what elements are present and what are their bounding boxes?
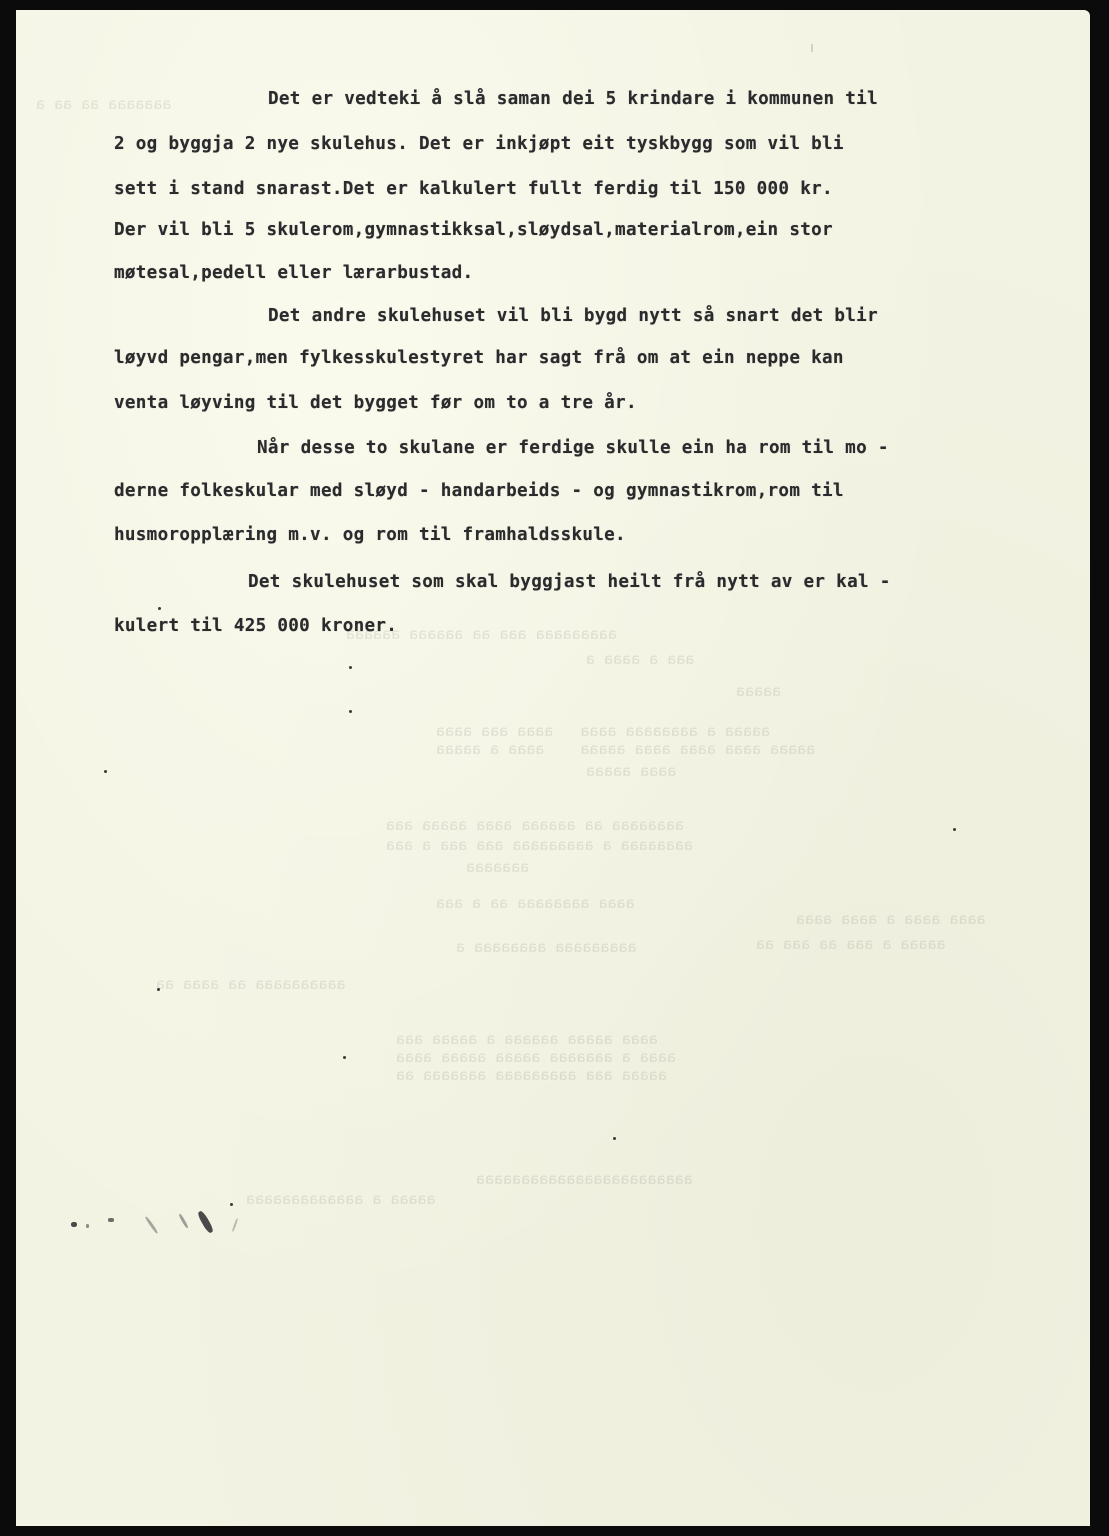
show-through-text: aaaa aaaaa — [586, 762, 676, 780]
paragraph-3-line-1: Når desse to skulane er ferdige skulle e… — [257, 438, 889, 458]
ink-dot — [953, 828, 956, 831]
paragraph-3-line-2: derne folkeskular med sløyd - handarbeid… — [114, 481, 844, 501]
paragraph-2-line-2: løyvd pengar,men fylkesskulestyret har s… — [114, 348, 844, 368]
paragraph-1-line-3: sett i stand snarast.Det er kalkulert fu… — [114, 179, 833, 199]
show-through-text: aaaaaaa — [466, 858, 529, 876]
ink-dot — [349, 710, 352, 713]
paragraph-1-line-5: møtesal,pedell eller lærarbustad. — [114, 263, 473, 283]
show-through-text: aaaa a aaaaaaa aaaaa aaaaa aaaa — [396, 1048, 676, 1066]
ink-dot — [104, 770, 107, 773]
show-through-text: aaa a aaaa a — [586, 650, 694, 668]
show-through-text: aaaaaaaa a aaaaaaaaa aaa aaa a aaa — [386, 836, 693, 854]
show-through-text: aaaaa a aaaaaaaa aaaa aaaa aaa aaaa — [436, 722, 770, 740]
paragraph-2-line-3: venta løyving til det bygget før om to a… — [114, 393, 637, 413]
ink-dot — [230, 1203, 233, 1206]
show-through-text: aaaaa a aaaaaaaaaaaaa — [246, 1190, 436, 1208]
ink-dot — [343, 1056, 346, 1059]
ink-dot — [157, 988, 160, 991]
show-through-text: aaaaa aaaa aaaa aaaa aaaaa aaaa a aaaaa — [436, 740, 815, 758]
paragraph-1-line-1: Det er vedteki å slå saman dei 5 krindar… — [268, 89, 878, 109]
show-through-text: aaaa aaaaaaaa aa a aaa — [436, 894, 635, 912]
ink-dot — [158, 607, 161, 610]
ink-dot — [613, 1137, 616, 1140]
page-mark: ı — [810, 40, 814, 56]
show-through-text: aaaaa aaa aaaaaaaaa aaaaaaa aa — [396, 1066, 667, 1084]
paragraph-2-line-1: Det andre skulehuset vil bli bygd nytt s… — [268, 306, 878, 326]
show-through-text: aaaa aaaa a aaaa aaaa — [796, 910, 986, 928]
show-through-text: aaaaaaaa aa aaaaaa aaaa aaaaa aaa — [386, 816, 684, 834]
show-through-text: aaaaa a aaa aa aaa aa — [756, 935, 946, 953]
show-through-text: aaaaa — [736, 682, 781, 700]
show-through-text: aaaaaaaaaa aa aaaa aa — [156, 975, 346, 993]
show-through-text: aaaaaaa aa aa a — [36, 95, 171, 113]
show-through-text: aaaaaaaaa aaaaaaaa a — [456, 938, 637, 956]
paragraph-1-line-4: Der vil bli 5 skulerom,gymnastikksal,slø… — [114, 220, 833, 240]
paragraph-4-line-1: Det skulehuset som skal byggjast heilt f… — [248, 572, 891, 592]
paragraph-3-line-3: husmoropplæring m.v. og rom til framhald… — [114, 525, 626, 545]
paragraph-1-line-2: 2 og byggja 2 nye skulehus. Det er inkjø… — [114, 134, 844, 154]
show-through-text: aaaaaaaaaaaaaaaaaaaaaaaa — [476, 1170, 693, 1188]
document-page: aaaaaaaaa aaa aa aaaaaa aaaaaa aaa a aaa… — [16, 10, 1090, 1526]
paragraph-4-line-2: kulert til 425 000 kroner. — [114, 616, 397, 636]
show-through-text: aaaa aaaaa aaaaaa a aaaaa aaa — [396, 1030, 658, 1048]
ink-dot — [349, 666, 352, 669]
